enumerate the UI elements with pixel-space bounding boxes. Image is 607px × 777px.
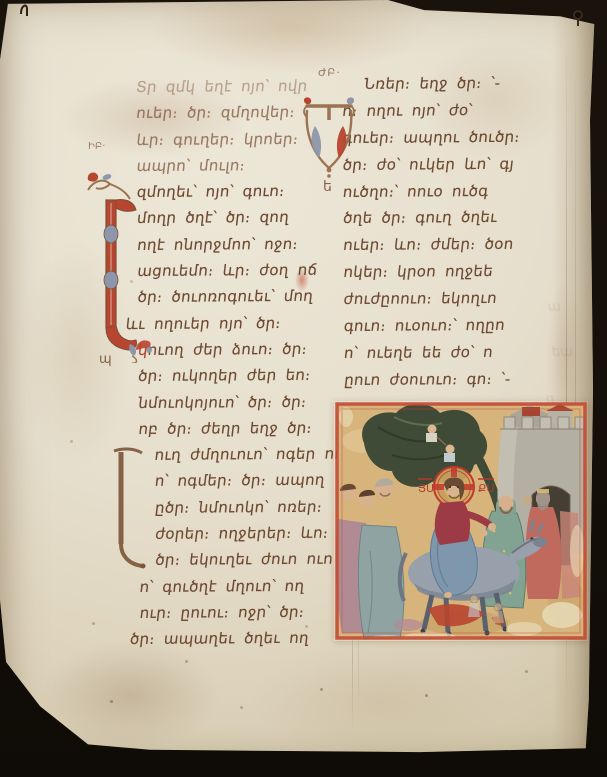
text-line: ո՝ ուեղե եե ժօ՝ ո [342, 342, 580, 371]
stain [250, 640, 510, 760]
margin-mark-upper: ԻԲ· [88, 141, 105, 152]
text-line: ծր։ ժօ՝ ուկեր ևո՝ գյ [341, 154, 579, 183]
text-line: գուո։ ուօուո։՝ ողըո [342, 315, 580, 344]
text-line: ոբ ծր։ ժեղր եղջ ծր։ [137, 418, 345, 446]
inscription-ic: ՅՍ [418, 482, 434, 495]
line-ornament [134, 336, 154, 356]
text-line: ուծղո։՝ ոուօ ուծգ [341, 181, 579, 210]
text-line: ո՝ գուծղէ մղուո՝ ող [138, 576, 346, 604]
text-line: ոկեր։ կրօո ողջեե [342, 262, 580, 291]
text-line: ծր։ եկուղեւ ժուո ուո [137, 550, 345, 578]
text-line: Նռեր։ եղջ ծր։ ՝֊ [340, 73, 578, 102]
text-line: ո։ ողու ոյո՝ ժօ՝ [340, 100, 578, 129]
text-line: ուեր։ ևո։ ժմեր։ ծօո [341, 235, 579, 264]
text-line: ըուո ժօուուո։ գո։ ՝֊ [342, 369, 580, 398]
text-line: ծր։ ուկողեր ժեր եո։ [136, 366, 344, 394]
text-line: ժօրեր։ ողջերեր։ ևո։ [137, 524, 345, 552]
stain [40, 640, 220, 750]
text-line: ևւ ողուեր ոյո՝ ծր։ [124, 313, 344, 341]
parchment-page: ԺԲ· ԻԲ· պ ա եա գ Տր զմկ եղէ ոյո՝ ովրուեր… [0, 0, 607, 777]
text-line: ծղե ծր։ գուղ ծղեւ [341, 208, 579, 237]
text-line: ուղ ժմղուուո՝ ոգեր ող [137, 445, 345, 473]
text-line: նմուոկոյուո՝ ծր։ ծր։ [136, 392, 344, 420]
text-line: ո՝ ոգմեր։ ծր։ ապող [137, 471, 345, 499]
text-line: գուեր։ ապղու ծուծր։ [341, 127, 579, 156]
text-line: կուող ժեր ձուո։ ծր։ [136, 340, 344, 368]
text-line: ացուեմո։ ևր։ ժօղ ոճ [135, 261, 343, 289]
text-line: մողր ծղէ՝ ծր։ զող [135, 208, 343, 236]
gutter-initial: ե [301, 96, 357, 194]
ink-speckles [110, 700, 113, 703]
right-text-column: Նռեր։ եղջ ծր։ ՝֊ո։ ողու ոյո՝ ժօ՝գուեր։ ա… [340, 73, 577, 397]
text-line: ծր։ ապաղեւ ծղեւ ող [128, 629, 346, 657]
text-line: ողէ ոնորջմոո՝ ոջո։ [135, 234, 343, 262]
inscription-xc: ՔՍ [478, 482, 494, 495]
plain-initial [106, 444, 148, 572]
binding-pin-left [18, 1, 30, 17]
stain [150, 0, 430, 74]
manuscript-photo: ԺԲ· ԻԲ· պ ա եա գ Տր զմկ եղէ ոյո՝ ովրուեր… [0, 0, 607, 777]
text-line: ծր։ ծուոռոգուեւ՝ մող [136, 287, 344, 315]
text-line: ուր։ ըուու։ ոջր՝ ծր։ [138, 602, 346, 630]
gutter-initial-tail: ե [323, 179, 332, 194]
binding-pin-right [571, 9, 585, 27]
miniature-entry-into-jerusalem: ՅՍ ՔՍ [334, 401, 588, 641]
text-line: ըծր։ նմուոկո՝ ոռեր։ [137, 497, 345, 525]
illuminated-initial [86, 168, 144, 363]
text-line: ժուժըոուո։ եկողւո [342, 288, 580, 317]
